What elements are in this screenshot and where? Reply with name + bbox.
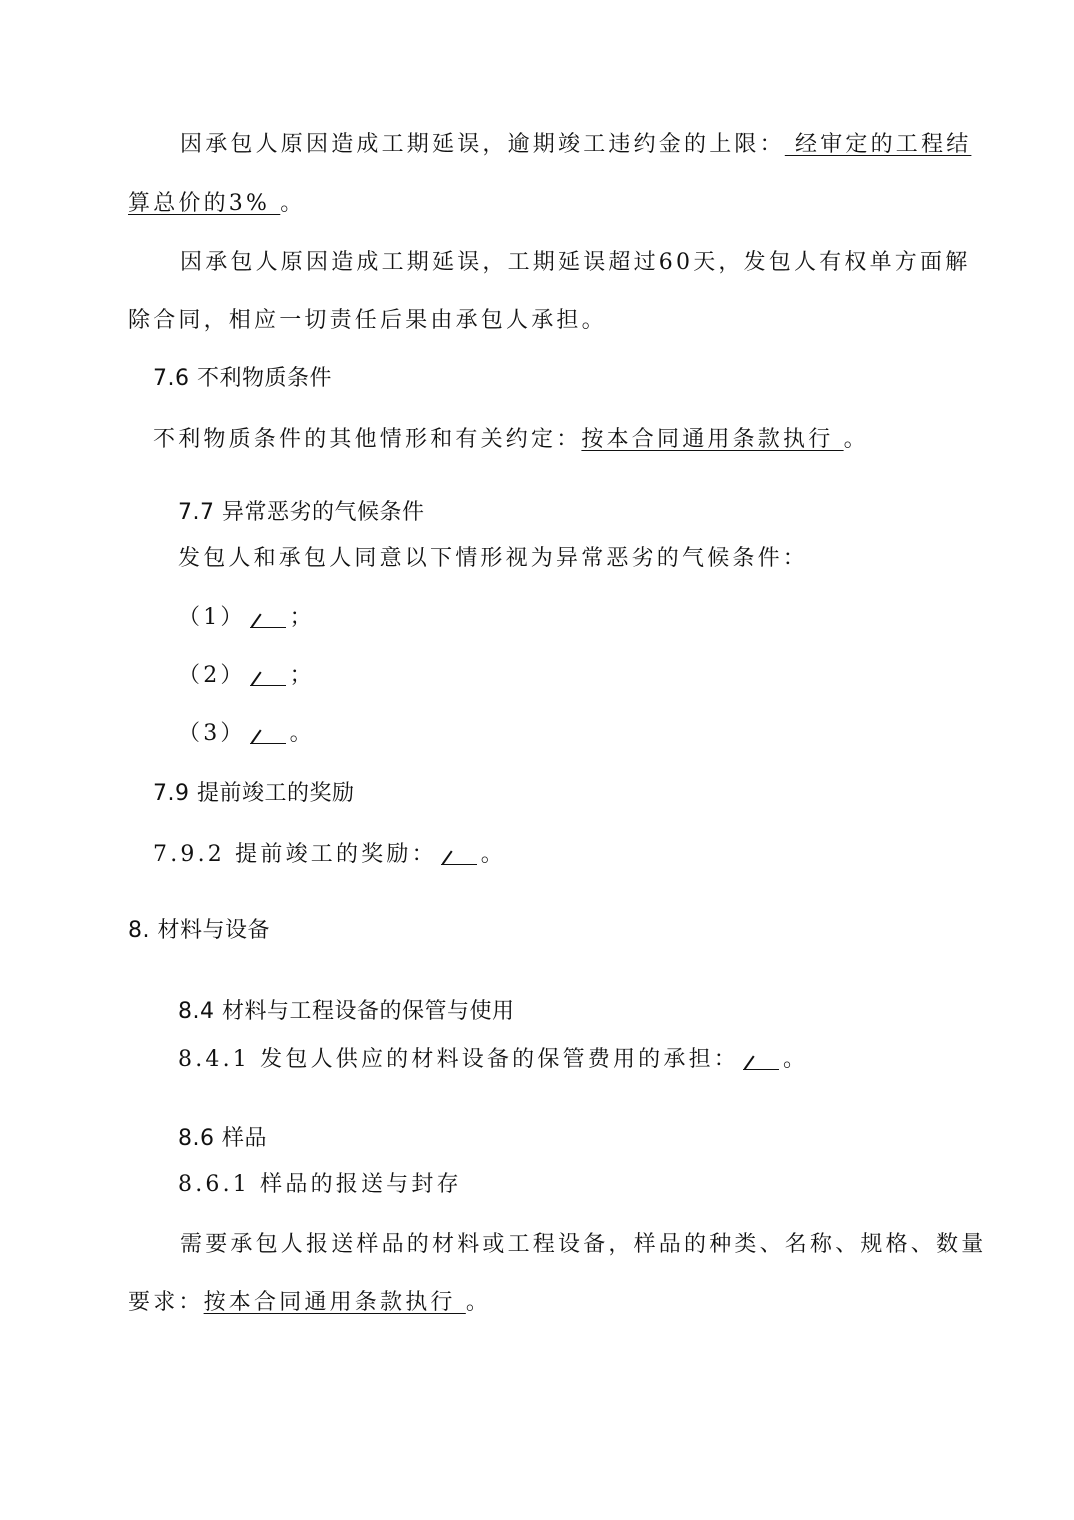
blank-slash-field <box>441 840 477 865</box>
item-label: （2） <box>178 663 246 688</box>
text: ； <box>290 605 315 630</box>
blank-slash-field <box>250 719 286 744</box>
text: 。 <box>783 1047 808 1072</box>
paragraph-delay-penalty-line1: 因承包人原因造成工期延误，逾期竣工违约金的上限： 经审定的工程结 <box>180 130 971 160</box>
paragraph-termination-line2: 除合同，相应一切责任后果由承包人承担。 <box>128 306 607 336</box>
underlined-value: 按本合同通用条款执行 <box>204 1290 466 1315</box>
underlined-value: 按本合同通用条款执行 <box>581 427 843 452</box>
item-label: （1） <box>178 605 246 630</box>
text: ； <box>290 663 315 688</box>
paragraph-8-6-1-line2: 要求：按本合同通用条款执行 。 <box>128 1288 491 1318</box>
paragraph-termination-line1: 因承包人原因造成工期延误，工期延误超过60天，发包人有权单方面解 <box>180 248 970 278</box>
paragraph-7-7-intro: 发包人和承包人同意以下情形视为异常恶劣的气候条件： <box>178 544 808 574</box>
paragraph-7-6: 不利物质条件的其他情形和有关约定：按本合同通用条款执行 。 <box>153 425 869 455</box>
heading-8-6: 8.6 样品 <box>178 1124 267 1154</box>
text: 因承包人原因造成工期延误，逾期竣工违约金的上限： <box>180 132 785 157</box>
paragraph-7-9-2: 7.9.2 提前竣工的奖励：。 <box>153 840 506 870</box>
list-item-7-7-1: （1）； <box>178 603 315 633</box>
subheading-8-6-1: 8.6.1 样品的报送与封存 <box>178 1170 462 1200</box>
item-label: （3） <box>178 721 246 746</box>
text: 不利物质条件的其他情形和有关约定： <box>153 427 581 452</box>
blank-slash-field <box>250 661 286 686</box>
text: 。 <box>280 191 305 216</box>
heading-7-6: 7.6 不利物质条件 <box>153 364 332 394</box>
blank-slash-field <box>743 1045 779 1070</box>
list-item-7-7-2: （2）； <box>178 661 315 691</box>
heading-8-4: 8.4 材料与工程设备的保管与使用 <box>178 997 514 1027</box>
text: 。 <box>290 721 315 746</box>
heading-8: 8. 材料与设备 <box>128 916 270 946</box>
blank-slash-field <box>250 603 286 628</box>
text: 。 <box>481 842 506 867</box>
paragraph-8-6-1-line1: 需要承包人报送样品的材料或工程设备，样品的种类、名称、规格、数量 <box>180 1230 986 1260</box>
item-label: 7.9.2 提前竣工的奖励： <box>153 842 437 867</box>
paragraph-delay-penalty-line2: 算总价的3% 。 <box>128 189 306 219</box>
underlined-value: 经审定的工程结 <box>785 132 972 157</box>
text: 。 <box>844 427 869 452</box>
list-item-7-7-3: （3）。 <box>178 719 315 749</box>
paragraph-8-4-1: 8.4.1 发包人供应的材料设备的保管费用的承担：。 <box>178 1045 808 1075</box>
heading-7-7: 7.7 异常恶劣的气候条件 <box>178 498 424 528</box>
heading-7-9: 7.9 提前竣工的奖励 <box>153 779 354 809</box>
text: 要求： <box>128 1290 204 1315</box>
item-label: 8.4.1 发包人供应的材料设备的保管费用的承担： <box>178 1047 739 1072</box>
text: 。 <box>466 1290 491 1315</box>
underlined-value: 算总价的3% <box>128 191 280 216</box>
